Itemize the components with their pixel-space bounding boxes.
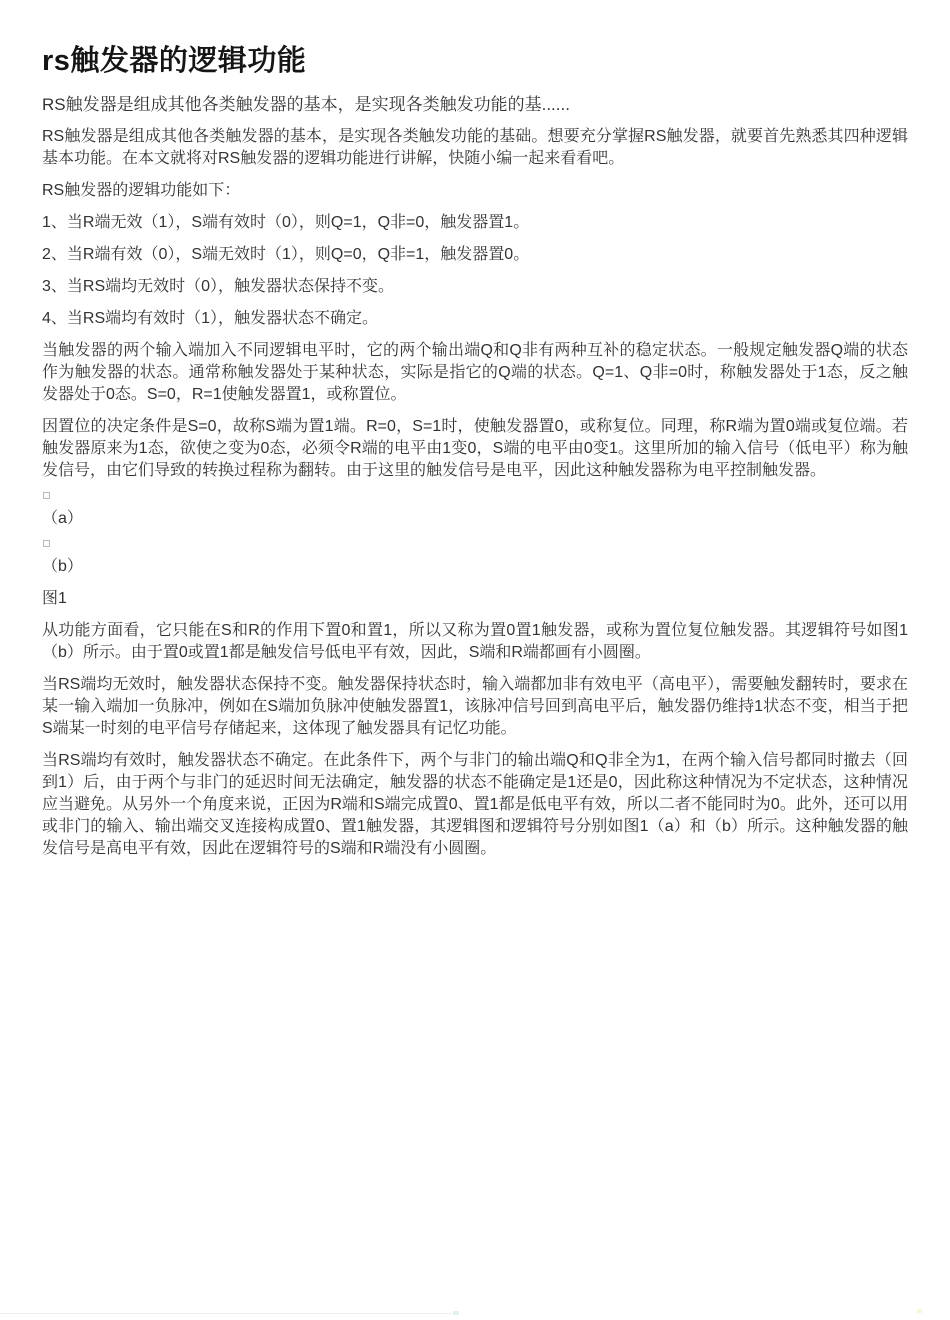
figure-caption-a: （a） [42, 508, 908, 530]
page-bottom-artifact [917, 1309, 922, 1313]
page-bottom-artifact [453, 1311, 459, 1315]
article-content: rs触发器的逻辑功能 RS触发器是组成其他各类触发器的基本，是实现各类触发功能的… [0, 0, 950, 860]
paragraph-undefined-state: 当RS端均有效时，触发器状态不确定。在此条件下，两个与非门的输出端Q和Q非全为1… [42, 750, 908, 860]
logic-list-item-4: 4、当RS端均有效时（1），触发器状态不确定。 [42, 308, 908, 330]
logic-list-item-1: 1、当R端无效（1），S端有效时（0），则Q=1，Q非=0，触发器置1。 [42, 212, 908, 234]
page-title: rs触发器的逻辑功能 [42, 44, 908, 78]
paragraph-set-reset: 因置位的决定条件是S=0，故称S端为置1端。R=0，S=1时，使触发器置0，或称… [42, 416, 908, 482]
logic-list-item-2: 2、当R端有效（0），S端无效时（1），则Q=0，Q非=1，触发器置0。 [42, 244, 908, 266]
figure-caption-b: （b） [42, 556, 908, 578]
paragraph-hold-state: 当RS端均无效时，触发器状态保持不变。触发器保持状态时，输入端都加非有效电平（高… [42, 674, 908, 740]
broken-image-icon [43, 540, 50, 547]
broken-image-icon [43, 492, 50, 499]
page-bottom-divider [0, 1313, 452, 1314]
paragraph-states: 当触发器的两个输入端加入不同逻辑电平时，它的两个输出端Q和Q非有两种互补的稳定状… [42, 340, 908, 406]
paragraph-overview: RS触发器是组成其他各类触发器的基本，是实现各类触发功能的基础。想要充分掌握RS… [42, 126, 908, 170]
figure-label: 图1 [42, 588, 908, 610]
article-summary: RS触发器是组成其他各类触发器的基本，是实现各类触发功能的基...... [42, 94, 908, 116]
paragraph-function-view: 从功能方面看，它只能在S和R的作用下置0和置1，所以又称为置0置1触发器，或称为… [42, 620, 908, 664]
paragraph-list-header: RS触发器的逻辑功能如下： [42, 180, 908, 202]
logic-list-item-3: 3、当RS端均无效时（0），触发器状态保持不变。 [42, 276, 908, 298]
